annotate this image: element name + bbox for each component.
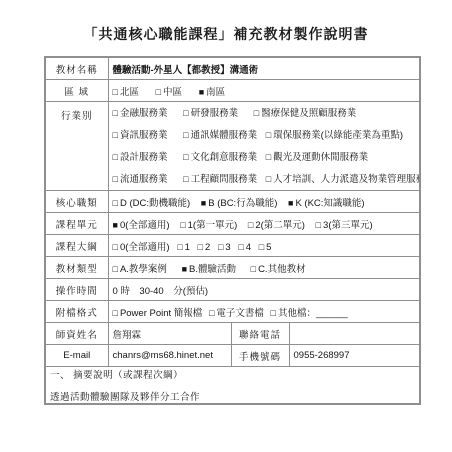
- checkbox-option: □3(第三單元): [316, 217, 373, 231]
- field-label: 行業別: [45, 102, 108, 191]
- checkbox-unchecked-icon: □: [113, 102, 118, 124]
- checkbox-unchecked-icon: □: [254, 102, 259, 124]
- checkbox-unchecked-icon: □: [113, 168, 118, 190]
- option-label: 3: [225, 242, 230, 253]
- checkbox-option: □0(全部適用): [113, 239, 170, 253]
- checkbox-option: □D (DC:動機職能): [113, 195, 191, 209]
- form-table: 教材名稱 體驗活動-外星人【都教授】溝通術 區 域 □北區 □中區 ■南區 行業…: [44, 56, 421, 405]
- option-label: 醫療保健及照顧服務業: [261, 108, 356, 119]
- option-label: 南區: [206, 87, 225, 98]
- field-label: 手機號碼: [231, 345, 289, 367]
- option-label: D (DC:動機職能): [120, 198, 190, 209]
- summary-heading: 一、 摘要說明（或課程次綱）: [50, 367, 415, 381]
- checkbox-unchecked-icon: □: [209, 308, 214, 318]
- field-value: □Power Point 簡報檔 □電子文書檔 □其他檔：______: [108, 301, 420, 323]
- checkbox-option: ■0(全部適用): [113, 217, 170, 231]
- checkbox-option: □金融服務業: [113, 102, 175, 125]
- option-label: C.其他教材: [258, 264, 306, 275]
- checkbox-unchecked-icon: □: [183, 102, 188, 124]
- form-row-region: 區 域 □北區 □中區 ■南區: [45, 80, 420, 102]
- document-page: 「共通核心職能課程」補充教材製作說明書 教材名稱 體驗活動-外星人【都教授】溝通…: [0, 0, 452, 452]
- field-label: 課程單元: [45, 213, 108, 235]
- field-value: 0955-268997: [289, 345, 420, 367]
- checkbox-checked-icon: ■: [201, 198, 206, 208]
- checkbox-unchecked-icon: □: [316, 220, 321, 230]
- checkbox-option: □設計服務業: [113, 146, 175, 169]
- page-title: 「共通核心職能課程」補充教材製作說明書: [0, 0, 452, 44]
- checkbox-option: □研發服務業: [183, 102, 245, 125]
- checkbox-unchecked-icon: □: [266, 168, 271, 190]
- field-label: E-mail: [45, 345, 108, 367]
- option-label: 北區: [120, 87, 139, 98]
- form-row-instructor: 師資姓名 詹翔霖 聯絡電話: [45, 323, 420, 345]
- field-label: 核心職類: [45, 191, 108, 213]
- field-value: ■0(全部適用) □1(第一單元) □2(第二單元) □3(第三單元): [108, 213, 420, 235]
- form-row-course-unit: 課程單元 ■0(全部適用) □1(第一單元) □2(第二單元) □3(第三單元): [45, 213, 420, 235]
- field-value: 詹翔霖: [108, 323, 231, 345]
- option-label: 研發服務業: [191, 108, 239, 119]
- checkbox-unchecked-icon: □: [238, 242, 243, 252]
- checkbox-option: ■B (BC:行為職能): [201, 195, 278, 209]
- checkbox-unchecked-icon: □: [113, 146, 118, 168]
- option-label: 0(全部適用): [120, 220, 170, 231]
- option-label: 通訊媒體服務業: [191, 130, 258, 141]
- option-label: 其他檔：______: [278, 308, 348, 319]
- option-label: 設計服務業: [120, 152, 168, 163]
- checkbox-unchecked-icon: □: [251, 264, 256, 274]
- field-value: □北區 □中區 ■南區: [108, 80, 420, 102]
- checkbox-option: □資訊服務業: [113, 124, 175, 147]
- checkbox-option: □流通服務業: [113, 168, 175, 191]
- field-label: 教材名稱: [45, 57, 108, 80]
- form-row-material-type: 教材類型 □A.教學案例 ■B.體驗活動 □C.其他教材: [45, 257, 420, 279]
- form-row-core-competency: 核心職類 □D (DC:動機職能) ■B (BC:行為職能) ■K (KC:知識…: [45, 191, 420, 213]
- field-label: 聯絡電話: [231, 323, 289, 345]
- checkbox-option: □觀光及運動休閒服務業: [266, 146, 368, 169]
- checkbox-unchecked-icon: □: [183, 124, 188, 146]
- checkbox-option: □C.其他教材: [251, 261, 306, 275]
- option-label: 文化創意服務業: [191, 152, 258, 163]
- checkbox-unchecked-icon: □: [180, 220, 185, 230]
- option-label: B (BC:行為職能): [208, 198, 277, 209]
- option-label: 資訊服務業: [120, 130, 168, 141]
- option-label: K (KC:知識職能): [295, 198, 364, 209]
- checkbox-unchecked-icon: □: [113, 264, 118, 274]
- industry-line: □設計服務業 □文化創意服務業 □觀光及運動休閒服務業: [113, 146, 416, 168]
- checkbox-option: □3: [218, 242, 231, 253]
- checkbox-unchecked-icon: □: [266, 124, 271, 146]
- checkbox-unchecked-icon: □: [113, 198, 118, 208]
- checkbox-unchecked-icon: □: [218, 242, 223, 252]
- checkbox-option: □5: [259, 242, 272, 253]
- checkbox-option: □中區: [156, 84, 182, 98]
- checkbox-option: □通訊媒體服務業: [183, 124, 257, 147]
- checkbox-checked-icon: ■: [288, 198, 293, 208]
- field-label: 課程大綱: [45, 235, 108, 257]
- form-row-course-outline: 課程大綱 □0(全部適用) □1 □2 □3 □4 □5: [45, 235, 420, 257]
- field-label: 附檔格式: [45, 301, 108, 323]
- option-label: 電子文書檔: [216, 308, 264, 319]
- checkbox-unchecked-icon: □: [156, 87, 161, 97]
- checkbox-unchecked-icon: □: [248, 220, 253, 230]
- checkbox-unchecked-icon: □: [177, 242, 182, 252]
- checkbox-option: □文化創意服務業: [183, 146, 257, 169]
- option-label: 工程顧問服務業: [191, 174, 258, 185]
- industry-line: □資訊服務業 □通訊媒體服務業 □環保服務業(以綠能產業為重點): [113, 124, 416, 146]
- option-label: 2: [205, 242, 210, 253]
- checkbox-unchecked-icon: □: [113, 308, 118, 318]
- industry-line: □金融服務業 □研發服務業 □醫療保健及照顧服務業: [113, 102, 416, 124]
- form-row-summary: 一、 摘要說明（或課程次綱） 透過活動體驗團隊及夥伴分工合作: [45, 367, 420, 405]
- field-value: □D (DC:動機職能) ■B (BC:行為職能) ■K (KC:知識職能): [108, 191, 420, 213]
- option-label: 金融服務業: [120, 108, 168, 119]
- checkbox-checked-icon: ■: [182, 264, 187, 274]
- industry-line: □流通服務業 □工程顧問服務業 □人才培訓、人力派遣及物業管理服務業: [113, 168, 416, 190]
- option-label: 5: [266, 242, 271, 253]
- option-label: 0(全部適用): [120, 242, 170, 253]
- checkbox-option: □電子文書檔: [209, 305, 264, 319]
- checkbox-option: □1(第一單元): [180, 217, 237, 231]
- field-label: 師資姓名: [45, 323, 108, 345]
- checkbox-option: □北區: [113, 84, 139, 98]
- field-value: [289, 323, 420, 345]
- option-label: 人才培訓、人力派遣及物業管理服務業: [273, 174, 420, 185]
- checkbox-option: □Power Point 簡報檔: [113, 305, 203, 319]
- checkbox-checked-icon: ■: [199, 87, 204, 97]
- checkbox-unchecked-icon: □: [183, 168, 188, 190]
- option-label: A.教學案例: [120, 264, 167, 275]
- summary-section: 一、 摘要說明（或課程次綱） 透過活動體驗團隊及夥伴分工合作: [45, 367, 420, 405]
- option-label: 環保服務業(以綠能產業為重點): [273, 130, 403, 141]
- checkbox-option: □4: [238, 242, 251, 253]
- checkbox-option: □人才培訓、人力派遣及物業管理服務業: [266, 168, 420, 191]
- field-label: 教材類型: [45, 257, 108, 279]
- form-row-email: E-mail chanrs@ms68.hinet.net 手機號碼 0955-2…: [45, 345, 420, 367]
- field-value: □A.教學案例 ■B.體驗活動 □C.其他教材: [108, 257, 420, 279]
- checkbox-unchecked-icon: □: [113, 242, 118, 252]
- checkbox-option: ■K (KC:知識職能): [288, 195, 365, 209]
- option-label: Power Point 簡報檔: [120, 308, 202, 319]
- field-label: 區 域: [45, 80, 108, 102]
- option-label: 4: [246, 242, 251, 253]
- field-value: 0 時 30-40 分(預估): [108, 279, 420, 301]
- checkbox-option: □2(第二單元): [248, 217, 305, 231]
- option-label: 3(第三單元): [323, 220, 373, 231]
- field-value: □0(全部適用) □1 □2 □3 □4 □5: [108, 235, 420, 257]
- field-value: 體驗活動-外星人【都教授】溝通術: [108, 57, 420, 80]
- form-row-duration: 操作時間 0 時 30-40 分(預估): [45, 279, 420, 301]
- checkbox-unchecked-icon: □: [259, 242, 264, 252]
- checkbox-unchecked-icon: □: [266, 146, 271, 168]
- form-row-file-format: 附檔格式 □Power Point 簡報檔 □電子文書檔 □其他檔：______: [45, 301, 420, 323]
- option-label: 觀光及運動休閒服務業: [273, 152, 368, 163]
- form-row-material-name: 教材名稱 體驗活動-外星人【都教授】溝通術: [45, 57, 420, 80]
- checkbox-option: ■B.體驗活動: [182, 261, 236, 275]
- checkbox-unchecked-icon: □: [271, 308, 276, 318]
- checkbox-option: □其他檔：______: [271, 305, 348, 319]
- form-row-industry: 行業別 □金融服務業 □研發服務業 □醫療保健及照顧服務業 □資訊服務業 □通訊…: [45, 102, 420, 191]
- checkbox-unchecked-icon: □: [113, 87, 118, 97]
- option-label: B.體驗活動: [189, 264, 236, 275]
- checkbox-option: □A.教學案例: [113, 261, 167, 275]
- checkbox-option: □1: [177, 242, 190, 253]
- checkbox-option: ■南區: [199, 84, 225, 98]
- checkbox-checked-icon: ■: [113, 220, 118, 230]
- option-label: 1: [185, 242, 190, 253]
- field-label: 操作時間: [45, 279, 108, 301]
- option-label: 流通服務業: [120, 174, 168, 185]
- checkbox-option: □2: [198, 242, 211, 253]
- option-label: 1(第一單元): [188, 220, 238, 231]
- summary-body: 透過活動體驗團隊及夥伴分工合作: [50, 389, 415, 403]
- checkbox-option: □醫療保健及照顧服務業: [254, 102, 356, 125]
- checkbox-option: □工程顧問服務業: [183, 168, 257, 191]
- checkbox-unchecked-icon: □: [183, 146, 188, 168]
- field-value: □金融服務業 □研發服務業 □醫療保健及照顧服務業 □資訊服務業 □通訊媒體服務…: [108, 102, 420, 191]
- field-value: chanrs@ms68.hinet.net: [108, 345, 231, 367]
- option-label: 2(第二單元): [255, 220, 305, 231]
- checkbox-unchecked-icon: □: [113, 124, 118, 146]
- option-label: 中區: [163, 87, 182, 98]
- checkbox-unchecked-icon: □: [198, 242, 203, 252]
- checkbox-option: □環保服務業(以綠能產業為重點): [266, 124, 403, 147]
